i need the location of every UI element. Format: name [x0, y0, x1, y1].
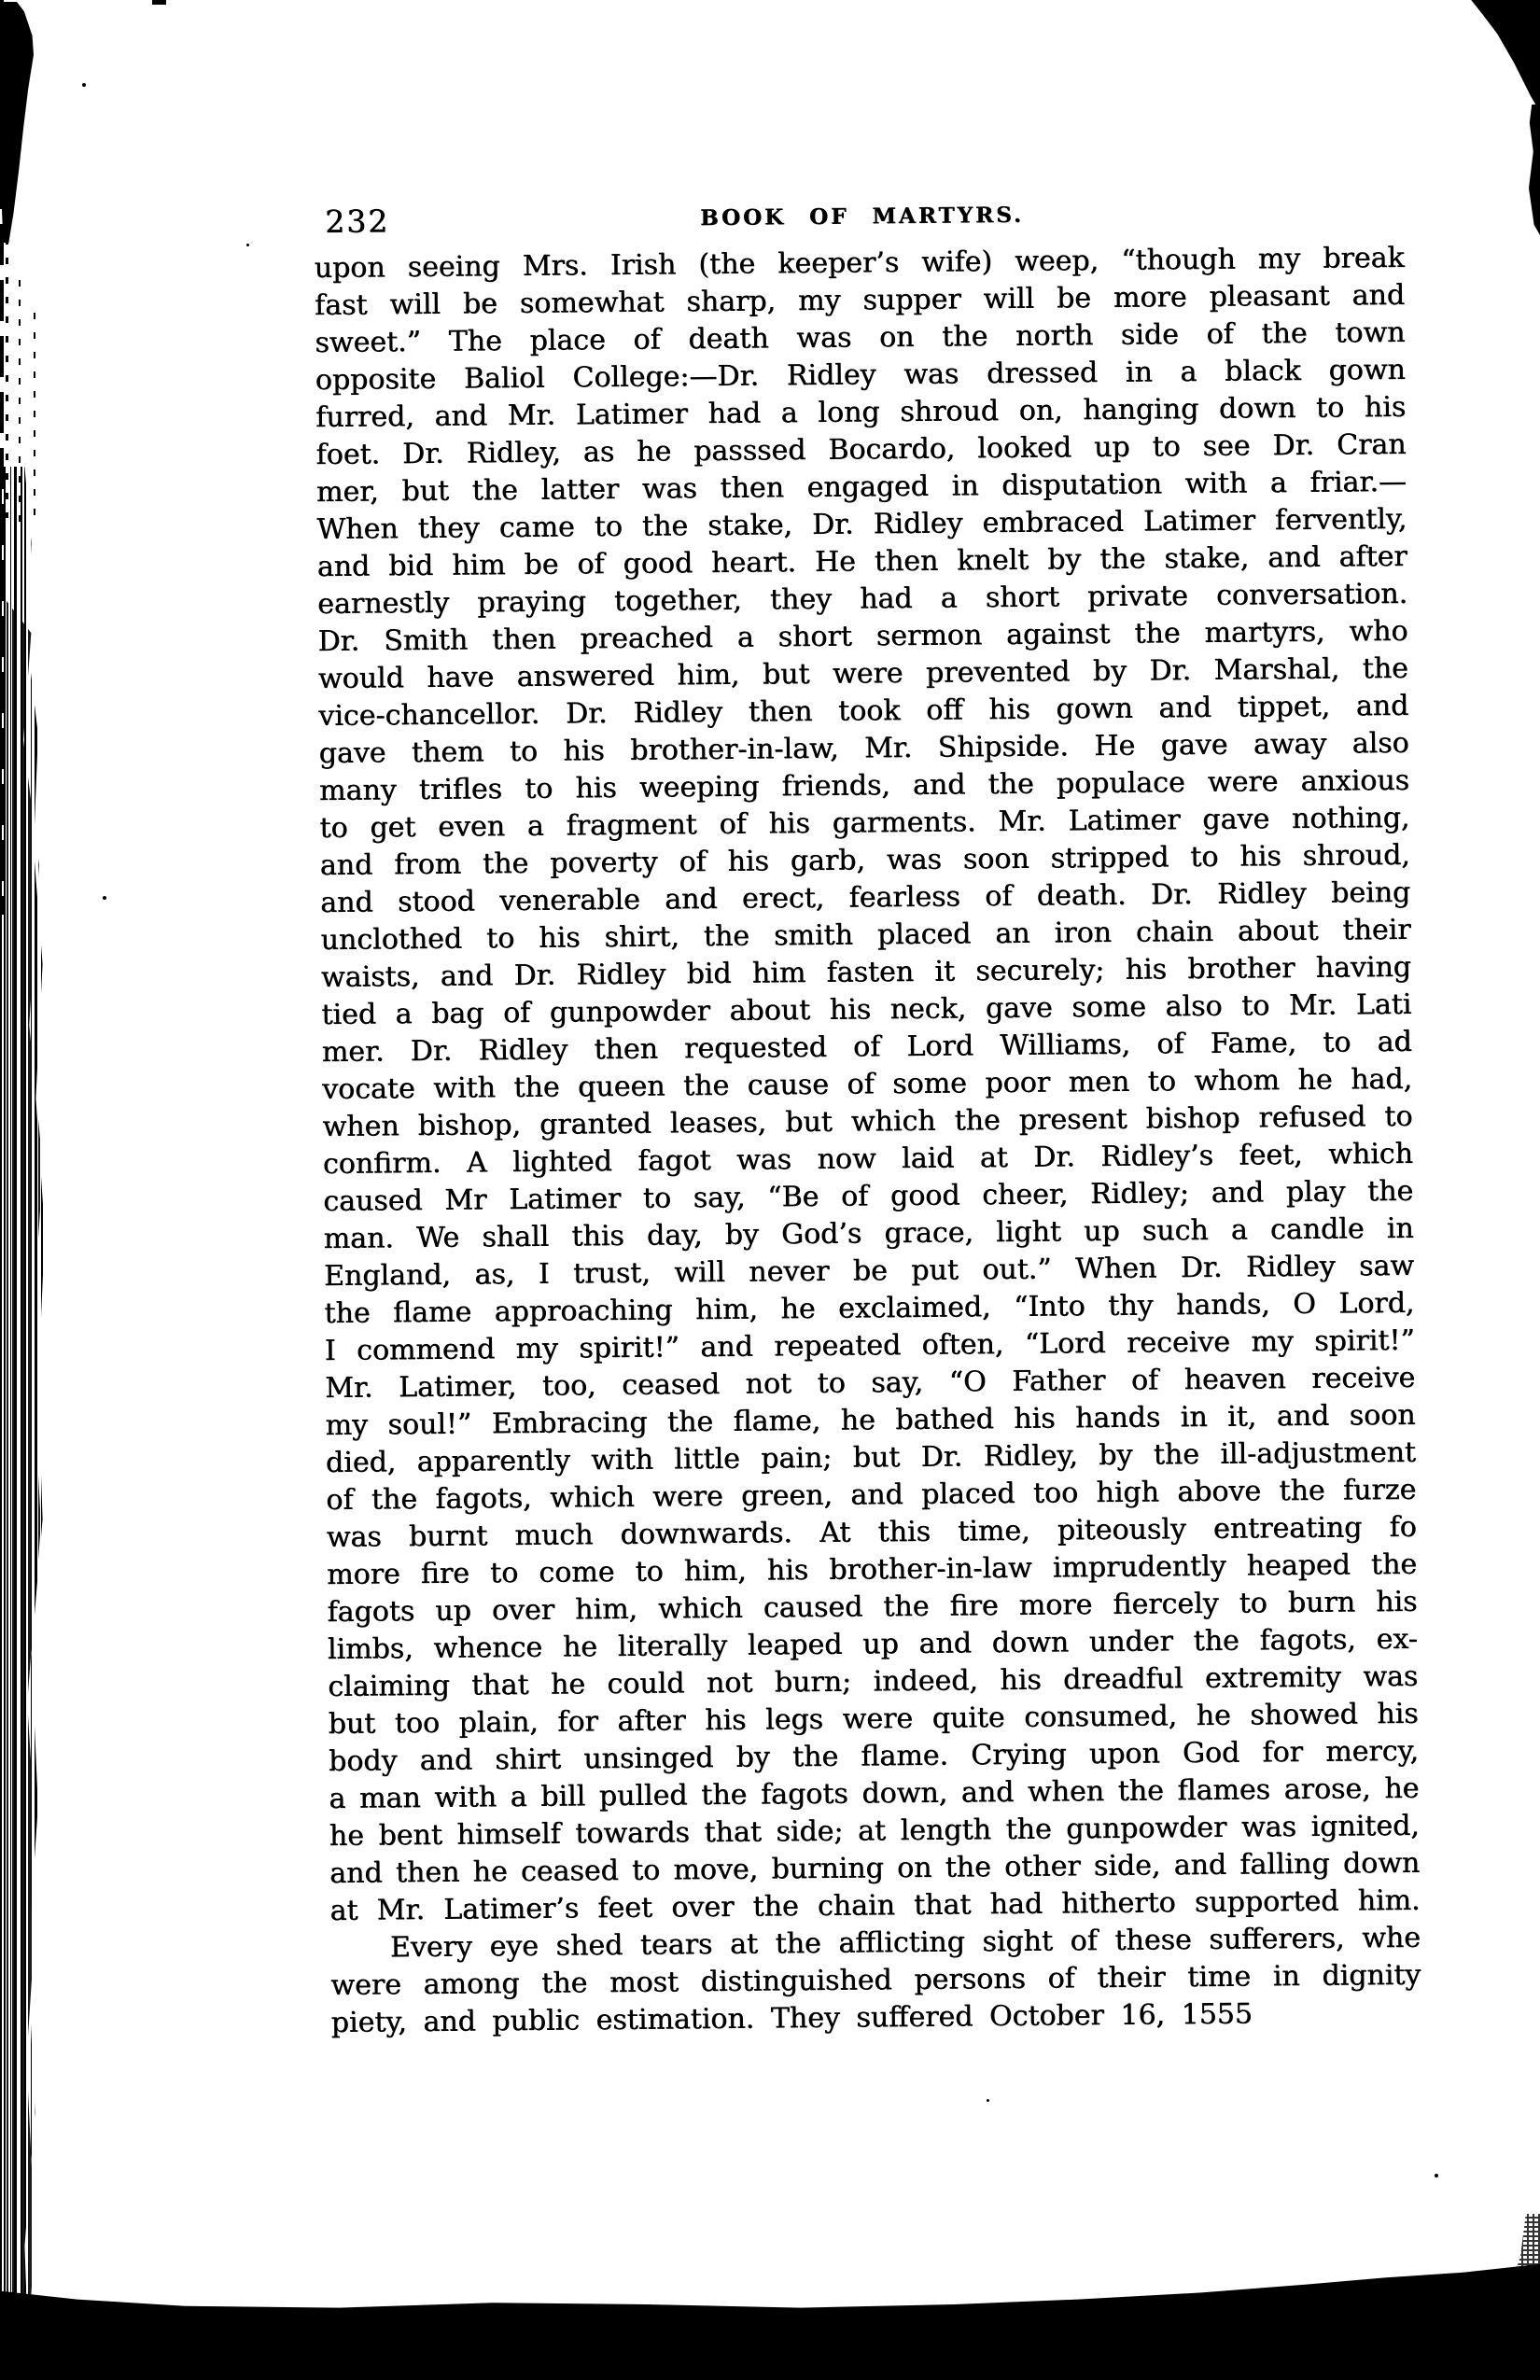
- scan-artifact-left-streak-band: [4, 597, 43, 2380]
- scan-artifact-speck: [82, 83, 86, 87]
- body-text: upon seeing Mrs. Irish (the keeper’s wif…: [314, 240, 1421, 2042]
- scan-artifact-bottom-black-band: [0, 2212, 1540, 2380]
- scanned-page: 232 BOOK OF MARTYRS. upon seeing Mrs. Ir…: [0, 0, 1540, 2380]
- scan-artifact-top-right-corner: [1463, 0, 1540, 112]
- scan-artifact-right-edge-strip: [1525, 105, 1540, 235]
- scan-artifact-left-dashes: [34, 313, 35, 527]
- running-title: BOOK OF MARTYRS.: [700, 203, 1024, 231]
- page-header: 232 BOOK OF MARTYRS.: [314, 193, 1404, 246]
- scan-artifact-speck: [1435, 2174, 1438, 2177]
- scan-artifact-top-left-blob: [0, 2, 34, 243]
- scan-artifact-top-dash: [152, 0, 166, 5]
- scan-artifact-speck: [103, 896, 106, 900]
- page-text-block: 232 BOOK OF MARTYRS. upon seeing Mrs. Ir…: [314, 193, 1421, 2042]
- page-number: 232: [325, 203, 389, 240]
- scan-artifact-speck: [246, 244, 249, 246]
- scan-artifact-speck: [987, 2099, 989, 2102]
